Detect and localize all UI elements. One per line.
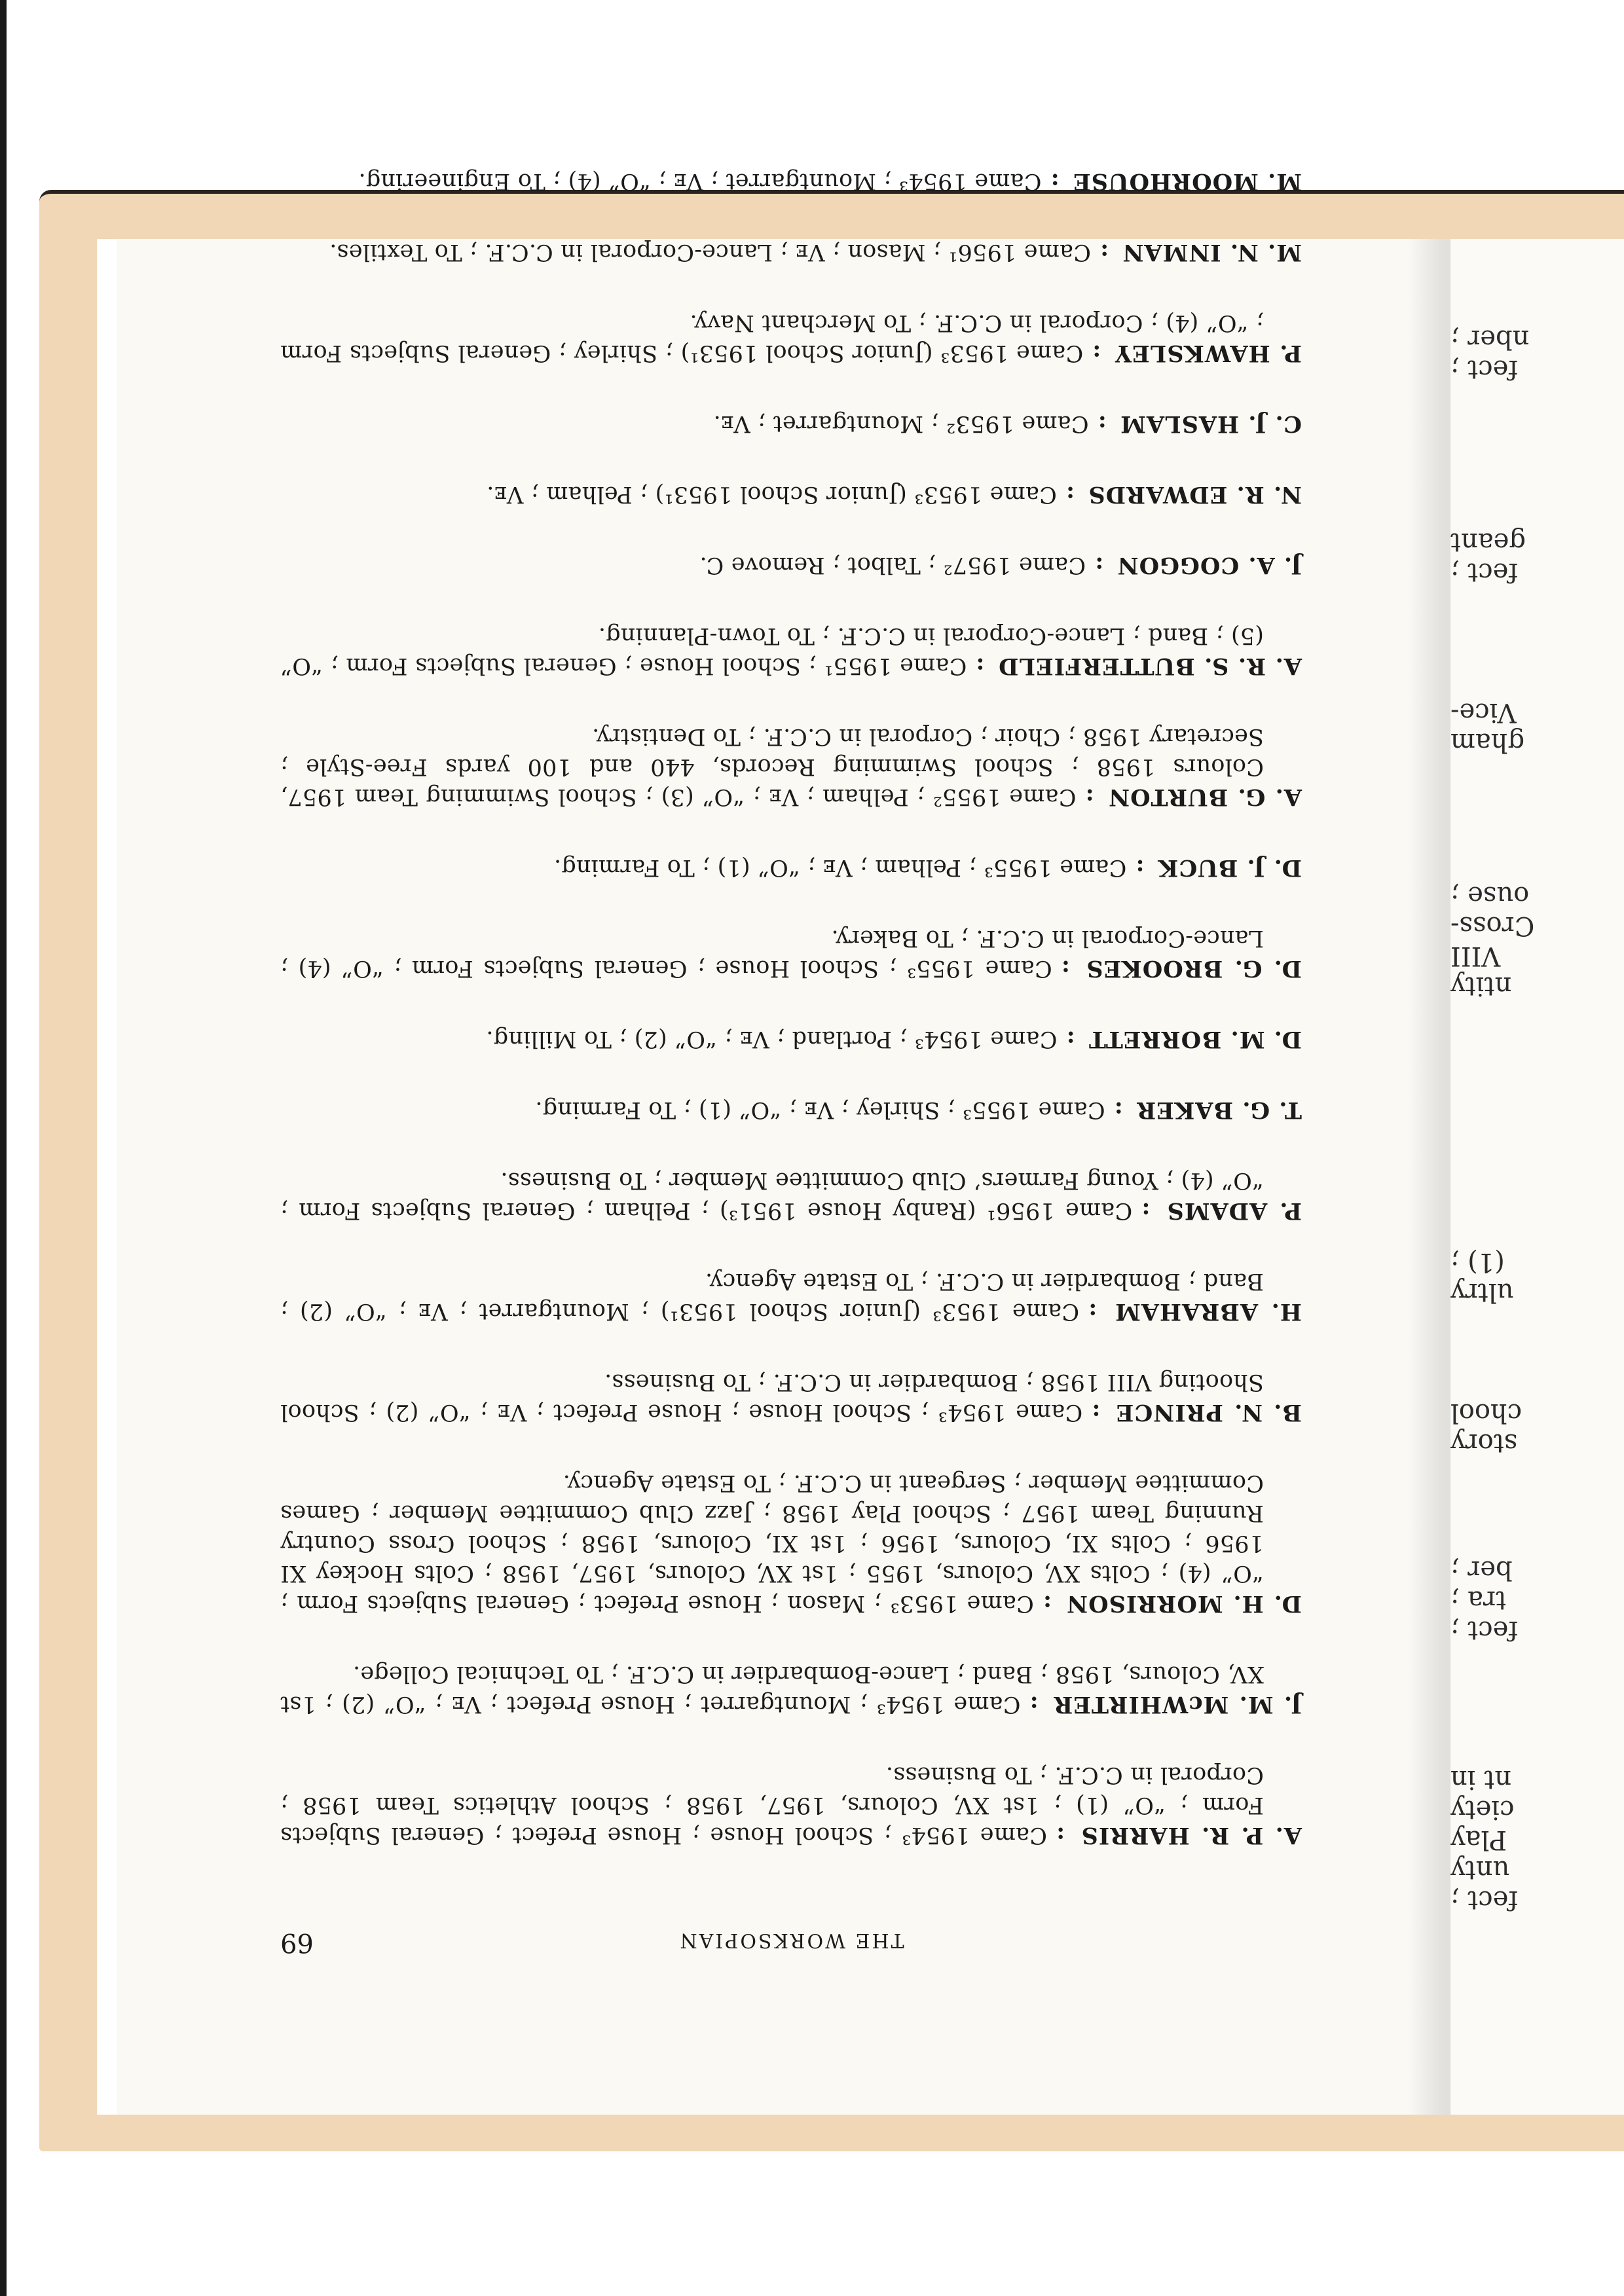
leaver-name: M. N. INMAN: [1122, 239, 1302, 266]
leaver-name: D. M. BORRETT: [1088, 1026, 1302, 1053]
facing-page-text-fragment: nber ;: [1450, 324, 1529, 354]
facing-page-text-fragment: (1) ;: [1450, 1247, 1505, 1277]
leaver-details: Came 1954³ ; Portland ; Vᴇ ; “O” (2) ; T…: [486, 1026, 1057, 1052]
leaver-name: P. HAWKSLEY: [1115, 340, 1302, 367]
leaver-details: Came 1956¹ (Ranby House 1951³) ; Pelham …: [280, 1167, 1264, 1224]
facing-page-text-fragment: ciety: [1450, 1795, 1515, 1825]
leaver-details: Came 1955³ ; Pelham ; Vᴇ ; “O” (1) ; To …: [554, 854, 1127, 881]
leaver-details: Came 1957² ; Talbot ; Remove C.: [699, 552, 1086, 578]
document-page: 69 THE WORKSOPIAN 69 A. P. R. HARRIS :Ca…: [97, 239, 1446, 2115]
facing-page-text-fragment: ouse ;: [1450, 881, 1529, 911]
leaver-entry: D. M. BORRETT :Came 1954³ ; Portland ; V…: [280, 1024, 1302, 1054]
name-separator: :: [1079, 1298, 1115, 1325]
leaver-entry: J. A. COGGON :Came 1957² ; Talbot ; Remo…: [280, 550, 1302, 580]
leaver-details: Came 1956¹ ; Mason ; Vᴇ ; Lance-Corporal…: [329, 239, 1091, 265]
name-separator: :: [1132, 1197, 1166, 1224]
leaver-details: Came 1953³ (Junior School 1953¹) ; Pelha…: [487, 481, 1057, 507]
leaver-name: A. G. BURTON: [1108, 784, 1302, 811]
facing-page-text-fragment: ntity: [1450, 971, 1511, 1001]
name-separator: :: [1057, 481, 1088, 508]
leaver-name: D. G. BROOKES: [1086, 955, 1302, 982]
leaver-entry: A. G. BURTON :Came 1955² ; Pelham ; Vᴇ ;…: [280, 721, 1302, 812]
leaver-entry: M. MOORHOUSE :Came 1954³ ; Mountgarret ;…: [280, 166, 1302, 196]
leaver-name: T. G. BAKER: [1136, 1097, 1302, 1123]
leaver-entry: H. ABRAHAM :Came 1953³ (Junior School 19…: [280, 1266, 1302, 1326]
leaver-name: J. M. McWHIRTER: [1053, 1691, 1302, 1718]
leaver-name: H. ABRAHAM: [1115, 1298, 1302, 1325]
name-separator: :: [1086, 552, 1117, 579]
leaver-entry: P. ADAMS :Came 1956¹ (Ranby House 1951³)…: [280, 1165, 1302, 1226]
name-separator: :: [1076, 784, 1108, 811]
leaver-details: Came 1955³ ; Shirley ; Vᴇ ; “O” (1) ; To…: [535, 1097, 1105, 1123]
leaver-entry: A. R. S. BUTTERFIELD :Came 1955¹ ; Schoo…: [280, 621, 1302, 681]
leavers-list: A. P. R. HARRIS :Came 1954³ ; School Hou…: [280, 166, 1302, 1850]
scanner-edge: [0, 0, 7, 2296]
leaver-name: P. ADAMS: [1167, 1197, 1302, 1224]
facing-page-text-fragment: tra ;: [1450, 1585, 1506, 1615]
page-body: 69 THE WORKSOPIAN 69 A. P. R. HARRIS :Ca…: [280, 126, 1302, 1958]
leaver-name: B. N. PRINCE: [1116, 1399, 1302, 1426]
name-separator: :: [1047, 1822, 1081, 1849]
name-separator: :: [967, 653, 998, 680]
facing-page-text-fragment: fect ;: [1450, 354, 1518, 384]
leaver-entry: B. N. PRINCE :Came 1954³ ; School House …: [280, 1367, 1302, 1427]
leaver-name: D. J. BUCK: [1158, 854, 1302, 881]
facing-page-text-fragment: VIII: [1450, 941, 1500, 971]
page-content-rotated: 69 THE WORKSOPIAN 69 A. P. R. HARRIS :Ca…: [136, 239, 1466, 2115]
name-separator: :: [1052, 955, 1086, 982]
facing-page-text-fragment: fect ;: [1450, 1885, 1518, 1915]
facing-page-text-fragment: nt in: [1450, 1764, 1511, 1795]
running-head: 69 THE WORKSOPIAN 69: [280, 1927, 1302, 1958]
name-separator: :: [1126, 854, 1158, 881]
leaver-entry: D. G. BROOKES :Came 1955³ ; School House…: [280, 923, 1302, 983]
leaver-name: M. MOORHOUSE: [1073, 168, 1302, 195]
name-separator: :: [1034, 1590, 1066, 1617]
name-separator: :: [1082, 1399, 1115, 1426]
facing-page-text-fragment: Play: [1450, 1825, 1507, 1855]
leaver-entry: C. J. HASLAM :Came 1953² ; Mountgarret ;…: [280, 409, 1302, 439]
leaver-name: C. J. HASLAM: [1120, 410, 1302, 437]
facing-page-text-fragment: chool: [1450, 1398, 1522, 1428]
facing-page-text-fragment: story: [1450, 1428, 1517, 1458]
facing-page-text-fragment: Cross-: [1450, 911, 1534, 941]
leaver-entry: P. HAWKSLEY :Came 1953³ (Junior School 1…: [280, 308, 1302, 368]
leaver-details: Came 1954³ ; Mountgarret ; Vᴇ ; “O” (4) …: [358, 168, 1041, 194]
facing-page-text-fragment: ultry: [1450, 1277, 1513, 1307]
facing-page-fragments: nber ;fect ;geantfect ;Vice-ghamouse ;Cr…: [1450, 239, 1624, 2115]
facing-page-text-fragment: gham: [1450, 727, 1524, 757]
leaver-name: J. A. COGGON: [1117, 552, 1302, 579]
leaver-name: A. P. R. HARRIS: [1081, 1822, 1302, 1849]
name-separator: :: [1042, 168, 1073, 195]
page-number: 69: [280, 1927, 314, 1958]
leaver-entry: T. G. BAKER :Came 1955³ ; Shirley ; Vᴇ ;…: [280, 1095, 1302, 1125]
leaver-entry: N. R. EDWARDS :Came 1953³ (Junior School…: [280, 479, 1302, 509]
leaver-entry: J. M. McWHIRTER :Came 1954³ ; Mountgarre…: [280, 1659, 1302, 1719]
facing-page-text-fragment: geant: [1450, 527, 1526, 557]
facing-page-text-fragment: ber ;: [1450, 1555, 1513, 1585]
facing-page: nber ;fect ;geantfect ;Vice-ghamouse ;Cr…: [1450, 239, 1624, 2115]
name-separator: :: [1021, 1691, 1054, 1718]
leaver-name: N. R. EDWARDS: [1088, 481, 1302, 508]
facing-page-text-fragment: Vice-: [1450, 697, 1517, 727]
leaver-name: A. R. S. BUTTERFIELD: [998, 653, 1302, 680]
facing-page-text-fragment: fect ;: [1450, 1615, 1518, 1645]
name-separator: :: [1057, 1026, 1088, 1053]
leaver-entry: D. J. BUCK :Came 1955³ ; Pelham ; Vᴇ ; “…: [280, 852, 1302, 883]
name-separator: :: [1105, 1097, 1137, 1123]
leaver-entry: A. P. R. HARRIS :Came 1954³ ; School Hou…: [280, 1760, 1302, 1850]
facing-page-text-fragment: unty: [1450, 1855, 1509, 1885]
leaver-name: D. H. MORRISON: [1066, 1590, 1302, 1617]
leaver-details: Came 1953² ; Mountgarret ; Vᴇ.: [713, 410, 1088, 437]
name-separator: :: [1083, 340, 1115, 367]
publication-title: THE WORKSOPIAN: [314, 1929, 1268, 1952]
leaver-entry: M. N. INMAN :Came 1956¹ ; Mason ; Vᴇ ; L…: [280, 237, 1302, 267]
name-separator: :: [1091, 239, 1122, 266]
facing-page-text-fragment: fect ;: [1450, 557, 1518, 587]
name-separator: :: [1089, 410, 1120, 437]
leaver-entry: D. H. MORRISON :Came 1953³ ; Mason ; Hou…: [280, 1468, 1302, 1618]
